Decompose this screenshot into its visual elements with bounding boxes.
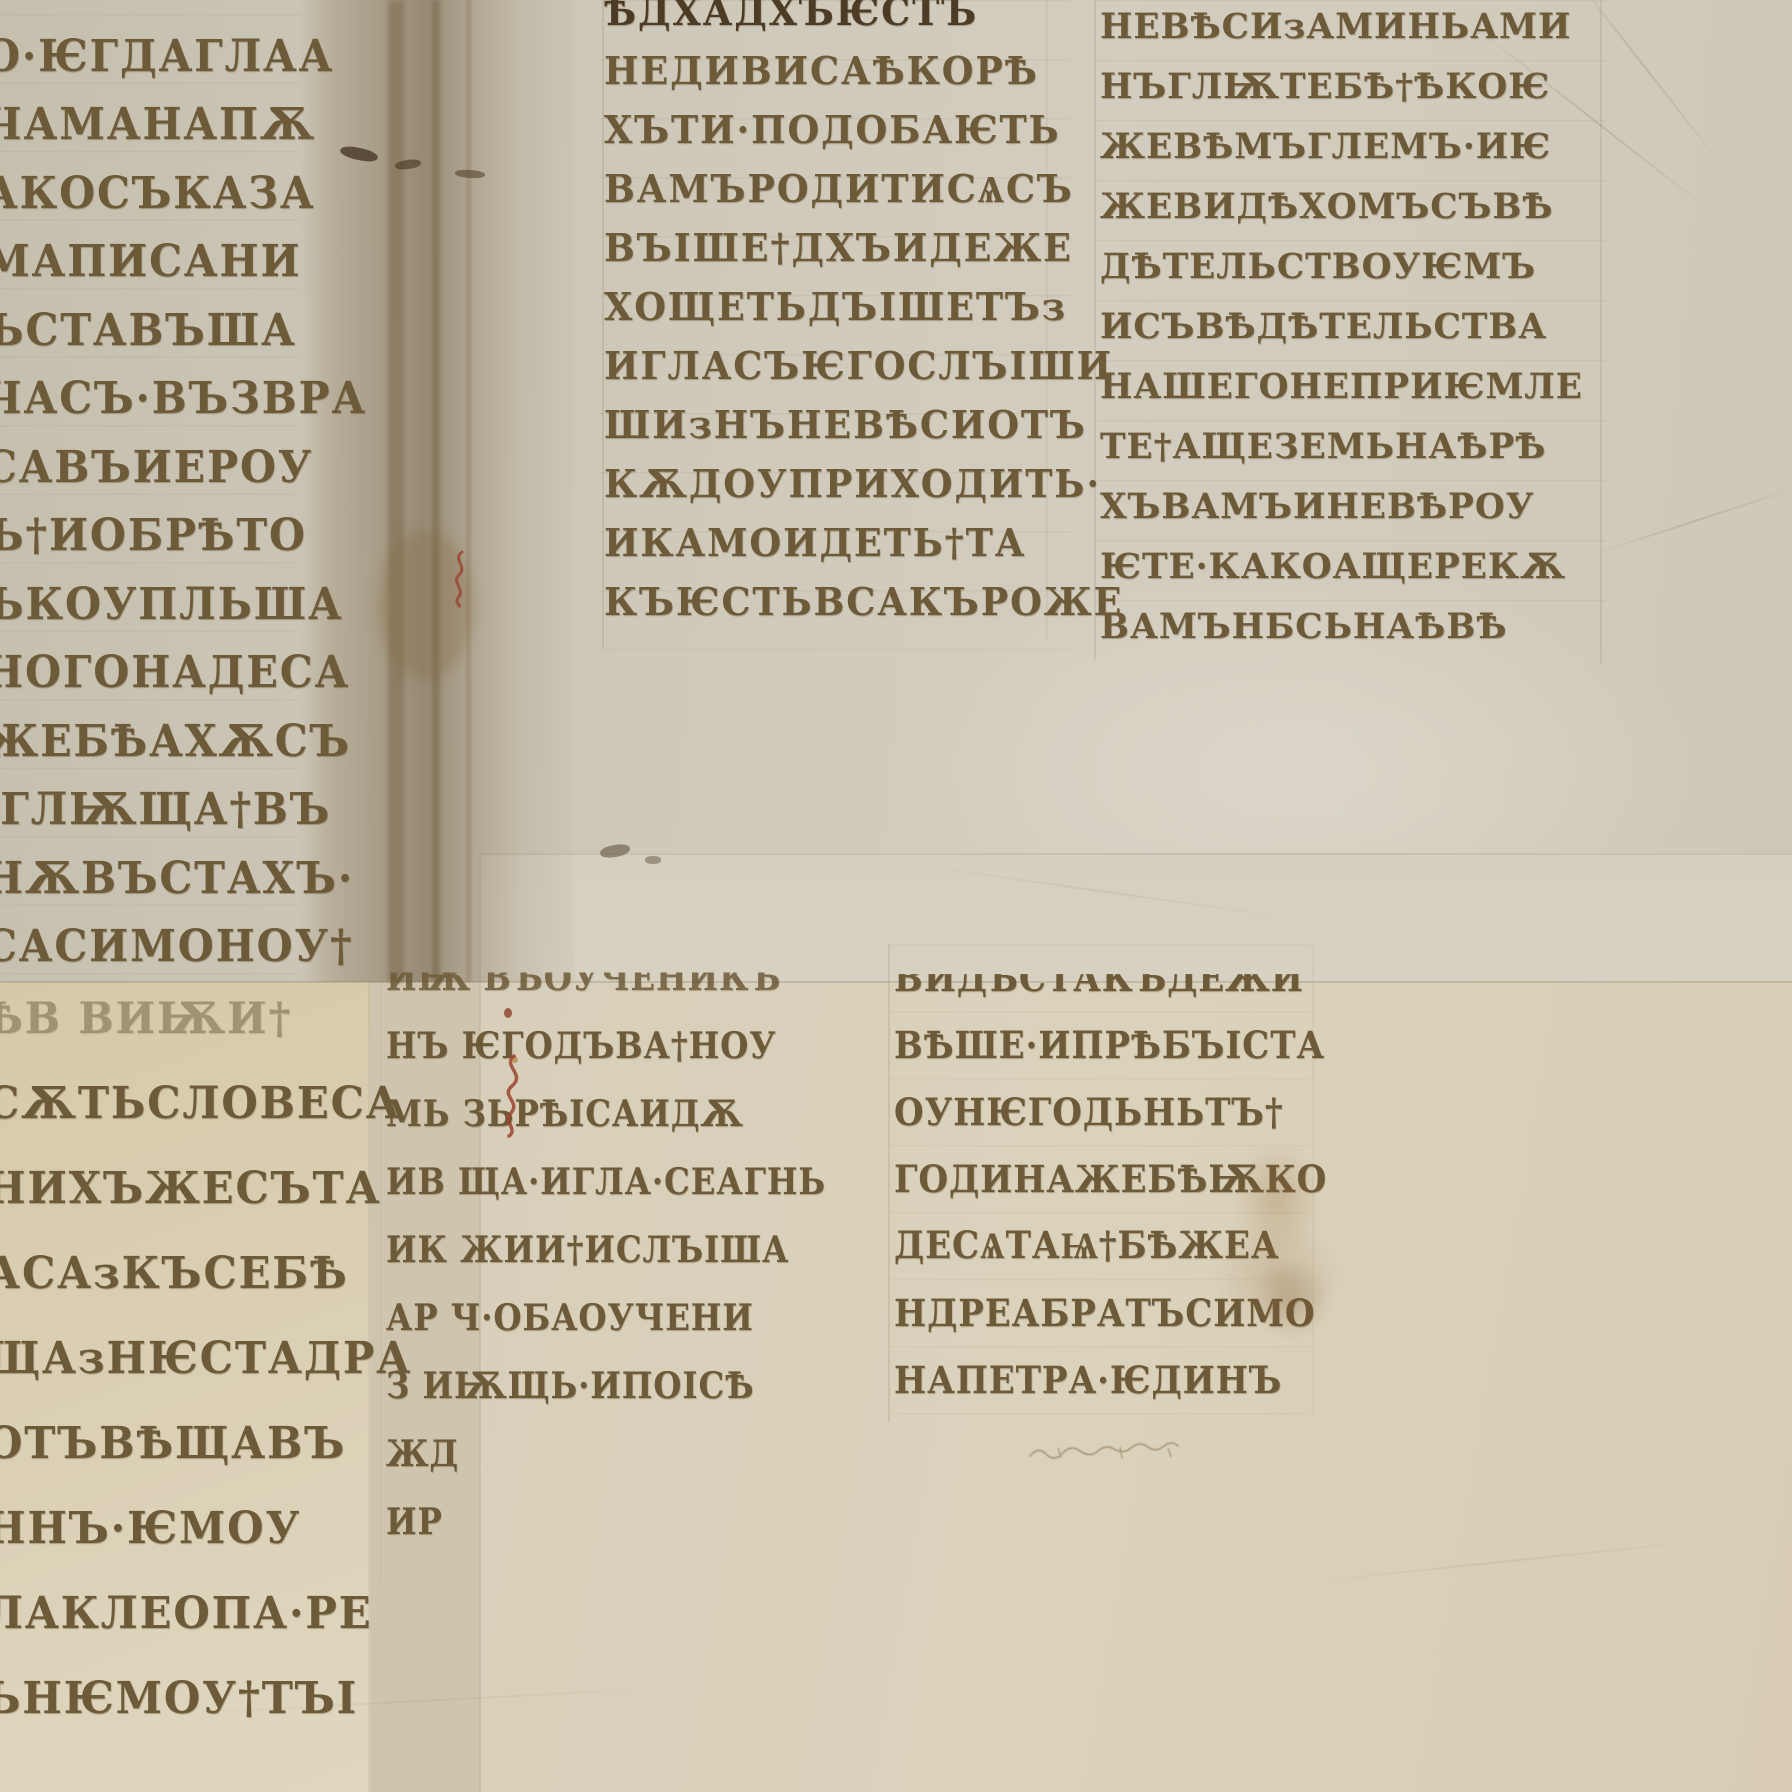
gutter-fold-streak: [388, 0, 404, 982]
text-line: ЧАСЪ·ВЪЗВРА: [0, 365, 367, 434]
text-line: ИК ЖИИ†ИСЛЪІША: [386, 1216, 826, 1284]
text-line: ННЪ·ѤМОУ: [0, 1486, 412, 1571]
text-line: ОТЪВѢЩАВЪ: [0, 1401, 412, 1486]
text-line: З ИѬЩЬ·ИПОІСѢ: [386, 1352, 826, 1420]
text-line: ЬНѤМОУ†ТЪІ: [0, 1656, 412, 1741]
text-line: НЪ ѤГОДЪВА†НОУ: [386, 1012, 826, 1080]
text-line: НѪВЪСТАХЪ·: [0, 844, 367, 913]
text-line: ВАМЪНБСЬНАѢВѢ: [1100, 596, 1583, 656]
text-line: О·ѤГДАГЛАА: [0, 22, 367, 91]
gutter-fold-streak: [466, 0, 471, 982]
text-line: ЖЕВѢМЪГЛЕМЪ·ИѤ: [1100, 116, 1583, 176]
text-line: ·ГЛѬЩА†ВЪ: [0, 776, 367, 845]
stain-blob: [1252, 1260, 1332, 1340]
text-line: ѤТЕ·КАКОАЩЕРЕКѪ: [1100, 536, 1583, 596]
text-line: ШИзНЪНЕВѢСИОТЪ: [604, 395, 1123, 454]
column-bottom-middle: ИѬ ВЪОУЧЕНИКЪ НЪ ѤГОДЪВА†НОУ МЬ ЗЬРѢІСАИ…: [386, 944, 826, 1556]
text-line: ХОЩЕТЬДЪІШЕТЪз: [604, 277, 1123, 336]
gutter-fold-streak: [432, 0, 440, 982]
ruling-vertical: [888, 944, 890, 1422]
text-line: САСИМОНОУ†: [0, 913, 367, 982]
text-line: СѪТЬСЛОВЕСА: [0, 1061, 412, 1146]
text-line: ЖЕБѢАХѪСЪ: [0, 707, 367, 776]
text-line: ИСЪВѢДѢТЕЛЬСТВА: [1100, 296, 1583, 356]
text-line: НЕДИВИСАѢКОРѢ: [604, 41, 1123, 100]
text-line: ХЪВАМЪИНЕВѢРОУ: [1100, 476, 1583, 536]
text-line: ВѢШЕ·ИПРѢБЪІСТА: [894, 1011, 1327, 1078]
text-line: НЪГЛѬТЕБѢ†ѢКОѤ: [1100, 56, 1583, 116]
text-line: Ъ†ИОБРѢТО: [0, 502, 367, 571]
text-line: НИХЪЖЕСЪТА: [0, 1146, 412, 1231]
ruling-vertical: [1600, 0, 1602, 664]
text-line: НЕВѢСИзАМИНЬАМИ: [1100, 0, 1583, 56]
text-line: ЖД: [386, 1420, 826, 1488]
text-line: АКОСЪКАЗА: [0, 159, 367, 228]
text-line: САВЪИЕРОУ: [0, 433, 367, 502]
ink-smudge: [645, 856, 661, 864]
column-top-left: О·ѤГДАГЛАА ЧАМАНАПѪ АКОСЪКАЗА МАПИСАНИ Ъ…: [0, 22, 367, 981]
text-line: НАШЕГОНЕПРИѤМЛЕ: [1100, 356, 1583, 416]
text-line: КЪѤСТЬВСАКЪРОЖЕ: [604, 572, 1123, 631]
text-line: ОУНѤГОДЬНЬТЪ†: [894, 1078, 1327, 1145]
text-line: МАПИСАНИ: [0, 228, 367, 297]
text-line: ХЪТИ·ПОДОБАѤТЬ: [604, 100, 1123, 159]
text-line: ВАМЪРОДИТИСѦСЪ: [604, 159, 1123, 218]
text-line: ЖЕВИДѢХОМЪСЪВѢ: [1100, 176, 1583, 236]
rubric-dot: [504, 1008, 512, 1018]
text-line: КѪДОУПРИХОДИТЬ·: [604, 454, 1123, 513]
text-line: НАПЕТРА·ѤДИНЪ: [894, 1346, 1327, 1413]
photo-seam: [480, 853, 1792, 855]
text-line: ЪКОУПЛЬША: [0, 570, 367, 639]
text-line: ИѬ ВЪОУЧЕНИКЪ: [386, 944, 826, 1012]
text-line: ЧАМАНАПѪ: [0, 91, 367, 160]
gutter-rubric-mark: [448, 548, 474, 612]
text-line: ѢВ ВИѬИ†: [0, 976, 412, 1061]
text-line: ТЕ†АЩЕЗЕМЬНАѢРѢ: [1100, 416, 1583, 476]
text-line: ВИДѢСТАКЪДЕЖИ: [894, 944, 1327, 1011]
text-line: ИКАМОИДЕТЬ†ТА: [604, 513, 1123, 572]
text-line: ЩАзНѤСТАДРА: [0, 1316, 412, 1401]
text-line: ДѢТЕЛЬСТВОУѤМЪ: [1100, 236, 1583, 296]
text-line: ИР: [386, 1488, 826, 1556]
rubric-initial-ornament: [496, 1052, 532, 1142]
text-line: ИВ ЩА·ИГЛА·СЕАГНЬ: [386, 1148, 826, 1216]
column-top-right: НЕВѢСИзАМИНЬАМИ НЪГЛѬТЕБѢ†ѢКОѤ ЖЕВѢМЪГЛЕ…: [1100, 0, 1583, 656]
manuscript-scan: О·ѤГДАГЛАА ЧАМАНАПѪ АКОСЪКАЗА МАПИСАНИ Ъ…: [0, 0, 1792, 1792]
text-line: НОГОНАДЕСА: [0, 639, 367, 708]
column-bottom-left: ѢВ ВИѬИ† СѪТЬСЛОВЕСА НИХЪЖЕСЪТА АСАзКЪСЕ…: [0, 976, 412, 1741]
text-line: ИГЛАСЪѤГОСЛЪІШИ: [604, 336, 1123, 395]
text-line: МЬ ЗЬРѢІСАИДѪ: [386, 1080, 826, 1148]
text-line: АСАзКЪСЕБѢ: [0, 1231, 412, 1316]
ink-bleedthrough-stain: [1212, 1140, 1362, 1340]
text-line: ЛАКЛЕОПА·РЕ: [0, 1571, 412, 1656]
text-line: АР Ч·ОБАОУЧЕНИ: [386, 1284, 826, 1352]
column-top-middle: ѢДХАДХЪѤСТЪ НЕДИВИСАѢКОРѢ ХЪТИ·ПОДОБАѤТЬ…: [604, 0, 1123, 631]
text-line: ВЪІШЕ†ДХЪИДЕЖЕ: [604, 218, 1123, 277]
faded-marginal-note: [1028, 1440, 1198, 1470]
text-line: ѢДХАДХЪѤСТЪ: [604, 0, 1123, 41]
text-line: ЪСТАВЪША: [0, 296, 367, 365]
